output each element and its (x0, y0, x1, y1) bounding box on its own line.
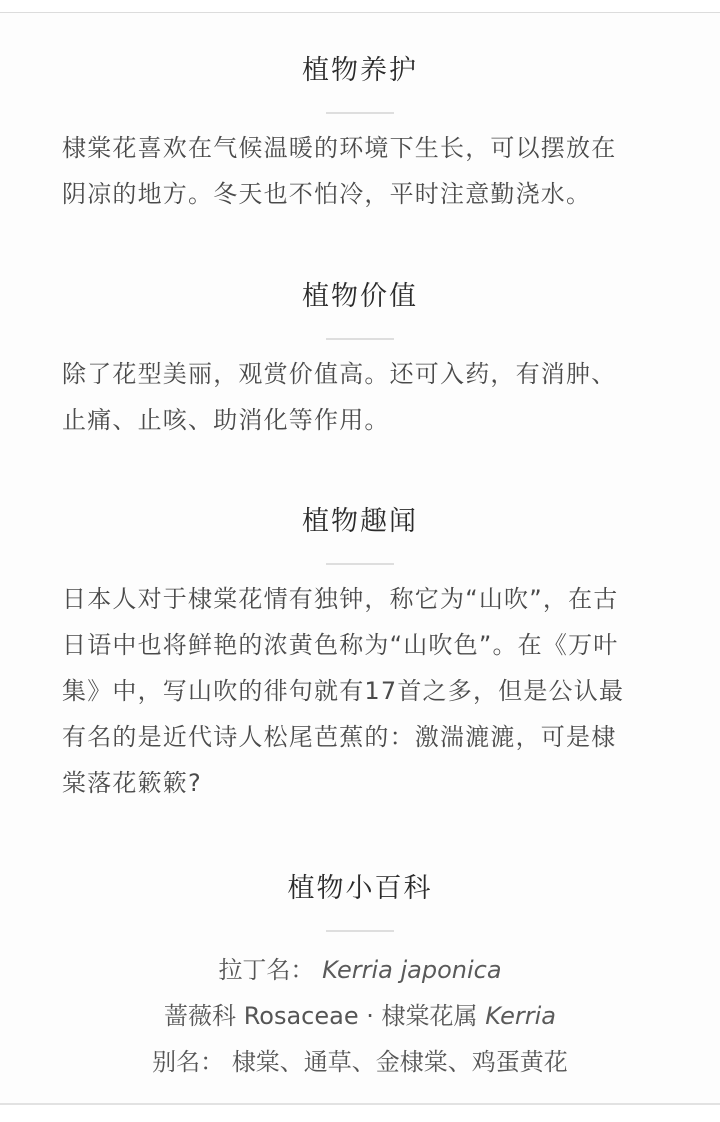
title-divider (326, 338, 394, 340)
alias-line: 别名： 棣棠、通草、金棣棠、鸡蛋黄花 (0, 1039, 720, 1085)
encyclopedia-body: 拉丁名： Kerria japonica 蔷薇科 Rosaceae · 棣棠花属… (0, 947, 720, 1085)
genus-cn: 棣棠花属 (382, 1002, 478, 1030)
latin-name-line: 拉丁名： Kerria japonica (0, 947, 720, 993)
section-title: 植物价值 (0, 277, 720, 317)
body-line: 止痛、止咳、助消化等作用。 (62, 397, 658, 443)
section-body: 日本人对于棣棠花情有独钟，称它为“山吹”，在古 日语中也将鲜艳的浓黄色称为“山吹… (0, 576, 720, 806)
body-line: 阴凉的地方。冬天也不怕冷，平时注意勤浇水。 (62, 171, 658, 217)
title-divider (326, 112, 394, 114)
latin-name-label: 拉丁名： (218, 956, 314, 984)
alias-values: 棣棠、通草、金棣棠、鸡蛋黄花 (232, 1048, 568, 1076)
section-body: 除了花型美丽，观赏价值高。还可入药，有消肿、 止痛、止咳、助消化等作用。 (0, 351, 720, 443)
title-divider (326, 563, 394, 565)
genus-latin: Kerria (485, 1002, 556, 1030)
section-anecdotes: 植物趣闻 日本人对于棣棠花情有独钟，称它为“山吹”，在古 日语中也将鲜艳的浓黄色… (0, 502, 720, 806)
body-line: 除了花型美丽，观赏价值高。还可入药，有消肿、 (62, 351, 658, 397)
family-latin: Rosaceae (244, 1002, 359, 1030)
section-title: 植物小百科 (0, 869, 720, 909)
taxonomy-separator: · (366, 1002, 374, 1030)
latin-name-value: Kerria japonica (322, 956, 501, 984)
family-cn: 蔷薇科 (164, 1002, 236, 1030)
body-line: 棣棠花喜欢在气候温暖的环境下生长，可以摆放在 (62, 125, 658, 171)
section-title: 植物趣闻 (0, 502, 720, 542)
body-line: 日语中也将鲜艳的浓黄色称为“山吹色”。在《万叶 (62, 622, 658, 668)
plant-info-card: 植物养护 棣棠花喜欢在气候温暖的环境下生长，可以摆放在 阴凉的地方。冬天也不怕冷… (0, 12, 720, 1105)
taxonomy-line: 蔷薇科 Rosaceae · 棣棠花属 Kerria (0, 993, 720, 1039)
section-title: 植物养护 (0, 51, 720, 91)
section-value: 植物价值 除了花型美丽，观赏价值高。还可入药，有消肿、 止痛、止咳、助消化等作用… (0, 277, 720, 443)
section-encyclopedia: 植物小百科 拉丁名： Kerria japonica 蔷薇科 Rosaceae … (0, 869, 720, 1085)
body-line: 有名的是近代诗人松尾芭蕉的：激湍漉漉，可是棣 (62, 714, 658, 760)
section-care: 植物养护 棣棠花喜欢在气候温暖的环境下生长，可以摆放在 阴凉的地方。冬天也不怕冷… (0, 51, 720, 217)
alias-label: 别名： (152, 1048, 224, 1076)
body-line: 棠落花簌簌? (62, 760, 658, 806)
body-line: 集》中，写山吹的徘句就有17首之多，但是公认最 (62, 668, 658, 714)
body-line: 日本人对于棣棠花情有独钟，称它为“山吹”，在古 (62, 576, 658, 622)
title-divider (326, 930, 394, 932)
section-body: 棣棠花喜欢在气候温暖的环境下生长，可以摆放在 阴凉的地方。冬天也不怕冷，平时注意… (0, 125, 720, 217)
